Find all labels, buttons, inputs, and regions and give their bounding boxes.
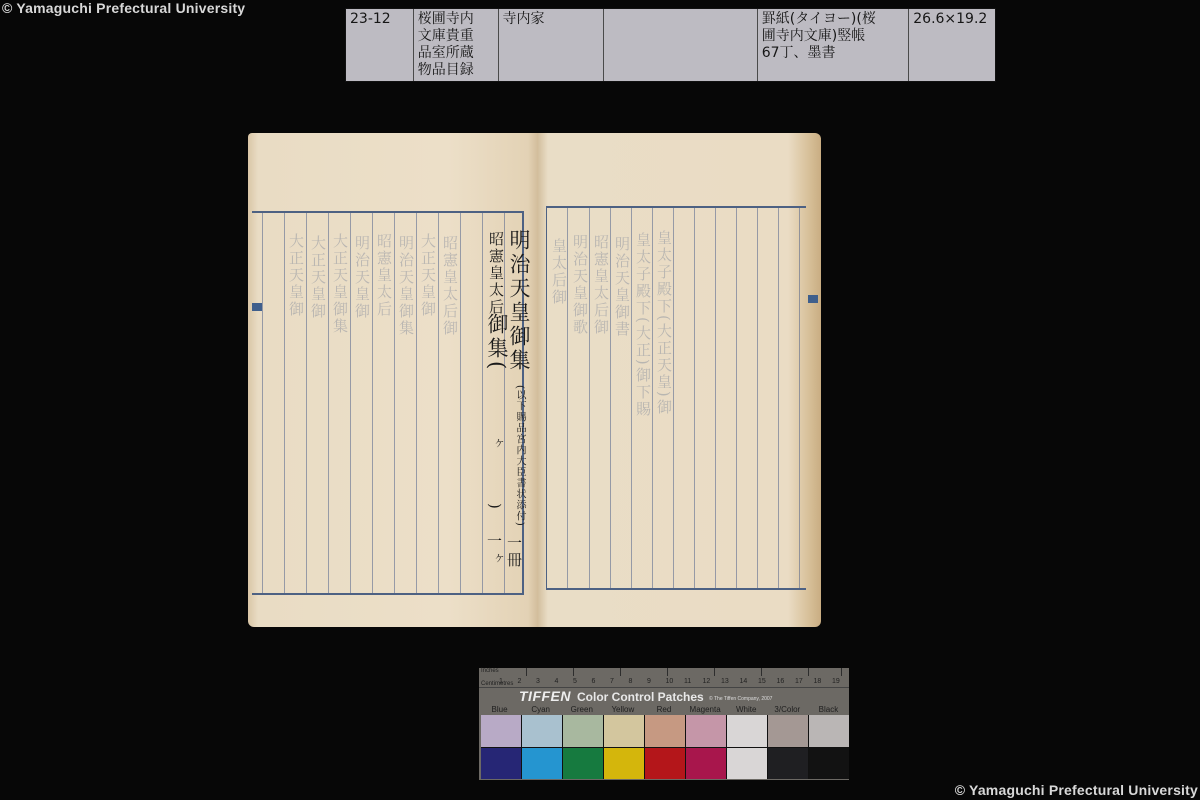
- patch-label: Blue: [479, 705, 520, 714]
- color-patch-grid: [481, 715, 849, 779]
- color-patch-yellow-light: [604, 715, 644, 747]
- ruler-cm-mark: 13: [721, 678, 729, 685]
- tiffen-logo: TIFFEN: [519, 688, 571, 704]
- color-patch-black-dark: [809, 748, 849, 780]
- ghost-text: 明治天皇御集: [396, 235, 417, 337]
- ruler-cm-mark: 17: [795, 678, 803, 685]
- color-patch-3-color-dark: [768, 748, 808, 780]
- patch-label: 3/Color: [767, 705, 808, 714]
- copyright-watermark-bottom: © Yamaguchi Prefectural University: [955, 782, 1198, 798]
- patch-label: Black: [808, 705, 849, 714]
- ghost-text: 大正天皇御: [308, 235, 329, 320]
- color-patch-black-light: [809, 715, 849, 747]
- ink-gyoshu: 御集(: [482, 313, 512, 372]
- ink-count: 一: [484, 533, 505, 550]
- ruler-cm-mark: 7: [610, 678, 614, 685]
- left-page: 大正天皇御 大正天皇御 大正天皇御集 明治天皇御 昭憲皇太后 明治天皇御集 大正…: [248, 133, 538, 627]
- color-patch-green-dark: [563, 748, 603, 780]
- color-patch-red-light: [645, 715, 685, 747]
- ghost-text: 大正天皇御集: [330, 233, 351, 335]
- right-page-ruled-frame: 皇太后御 明治天皇御歌 昭憲皇太后御 明治天皇御書 皇太子殿下(大正)御下賜 皇…: [546, 206, 806, 590]
- patch-label: Red: [643, 705, 684, 714]
- ruler-cm-mark: 14: [740, 678, 748, 685]
- ruler-cm-mark: 12: [703, 678, 711, 685]
- label-cell-dimensions: 26.6×19.2: [909, 9, 995, 81]
- patch-label: Cyan: [520, 705, 561, 714]
- color-patch-cyan-light: [522, 715, 562, 747]
- ink-count-one-volume: 一冊: [504, 535, 525, 569]
- ruler-cm-mark: 4: [555, 678, 559, 685]
- index-tab-marker: [252, 303, 262, 311]
- color-patch-green-light: [563, 715, 603, 747]
- ruler: Inches Centimetres 123456789101112131415…: [479, 668, 849, 688]
- ruler-cm-mark: 2: [518, 678, 522, 685]
- label-cell-origin: 寺内家: [499, 9, 605, 81]
- ruler-cm-mark: 9: [647, 678, 651, 685]
- copyright-watermark-top: © Yamaguchi Prefectural University: [2, 0, 245, 16]
- color-patch-yellow-dark: [604, 748, 644, 780]
- color-patch-cyan-dark: [522, 748, 562, 780]
- color-patch-magenta-dark: [686, 748, 726, 780]
- ghost-text: 昭憲皇太后御: [440, 235, 461, 337]
- right-page: 皇太后御 明治天皇御歌 昭憲皇太后御 明治天皇御書 皇太子殿下(大正)御下賜 皇…: [538, 133, 821, 627]
- ghost-text: 昭憲皇太后: [374, 233, 395, 318]
- ruler-cm-mark: 16: [777, 678, 785, 685]
- ruler-cm-mark: 15: [758, 678, 766, 685]
- color-patch-3-color-light: [768, 715, 808, 747]
- label-cell-title: 桜圃寺内 文庫貴重 品室所蔵 物品目録: [414, 9, 499, 81]
- ruler-cm-mark: 1: [499, 678, 503, 685]
- ghost-text: 皇太子殿下(大正天皇)御: [654, 230, 675, 416]
- tiffen-color-control-chart: Inches Centimetres 123456789101112131415…: [479, 668, 849, 780]
- ink-close-paren: ): [486, 503, 504, 511]
- ghost-text: 大正天皇御: [418, 233, 439, 318]
- left-page-ruled-frame: 大正天皇御 大正天皇御 大正天皇御集 明治天皇御 昭憲皇太后 明治天皇御集 大正…: [252, 211, 524, 595]
- ink-title-note: (以下賜品宮内大臣書状添付): [512, 385, 527, 527]
- ruler-unit-cm: Centimetres: [481, 681, 513, 687]
- ruler-cm-mark: 5: [573, 678, 577, 685]
- ghost-text: 昭憲皇太后御: [591, 234, 612, 336]
- label-cell-empty: [604, 9, 758, 81]
- label-cell-format: 罫紙(タイヨー)(桜 圃寺内文庫)竪帳 67丁、墨書: [758, 9, 910, 81]
- patch-label: Green: [561, 705, 602, 714]
- ruler-cm-mark: 3: [536, 678, 540, 685]
- index-tab-marker: [808, 295, 818, 303]
- color-patch-white-light: [727, 715, 767, 747]
- ruler-unit-inches: Inches: [481, 668, 499, 674]
- color-patch-red-dark: [645, 748, 685, 780]
- ink-note: ケ: [490, 438, 505, 449]
- ghost-text: 大正天皇御: [286, 233, 307, 318]
- label-cell-id: 23-12: [346, 9, 414, 81]
- color-patch-magenta-light: [686, 715, 726, 747]
- ghost-text: 明治天皇御歌: [570, 234, 591, 336]
- chart-title: Color Control Patches: [577, 690, 704, 704]
- open-book: 大正天皇御 大正天皇御 大正天皇御集 明治天皇御 昭憲皇太后 明治天皇御集 大正…: [248, 133, 821, 627]
- catalog-label-table: 23-12 桜圃寺内 文庫貴重 品室所蔵 物品目録 寺内家 罫紙(タイヨー)(桜…: [345, 8, 996, 82]
- ghost-text: 皇太子殿下(大正)御下賜: [633, 232, 654, 418]
- chart-copyright: © The Tiffen Company, 2007: [709, 696, 772, 702]
- ruler-cm-mark: 6: [592, 678, 596, 685]
- ruler-cm-mark: 11: [684, 678, 691, 685]
- color-patch-blue-light: [481, 715, 521, 747]
- patch-labels: Blue Cyan Green Yellow Red Magenta White…: [479, 705, 849, 714]
- ink-shoken-kotaigo: 昭憲皇太后: [486, 231, 507, 316]
- ghost-text: 明治天皇御書: [612, 236, 633, 338]
- color-patch-blue-dark: [481, 748, 521, 780]
- ruler-cm-mark: 18: [814, 678, 822, 685]
- patch-label: Magenta: [685, 705, 726, 714]
- ink-count-note: ケ: [490, 553, 505, 564]
- patch-label: White: [726, 705, 767, 714]
- ghost-text: 明治天皇御: [352, 235, 373, 320]
- ruler-cm-mark: 8: [629, 678, 633, 685]
- patch-label: Yellow: [602, 705, 643, 714]
- ghost-text: 皇太后御: [549, 238, 570, 306]
- color-patch-white-dark: [727, 748, 767, 780]
- ruler-cm-mark: 19: [832, 678, 840, 685]
- ruler-cm-mark: 10: [666, 678, 674, 685]
